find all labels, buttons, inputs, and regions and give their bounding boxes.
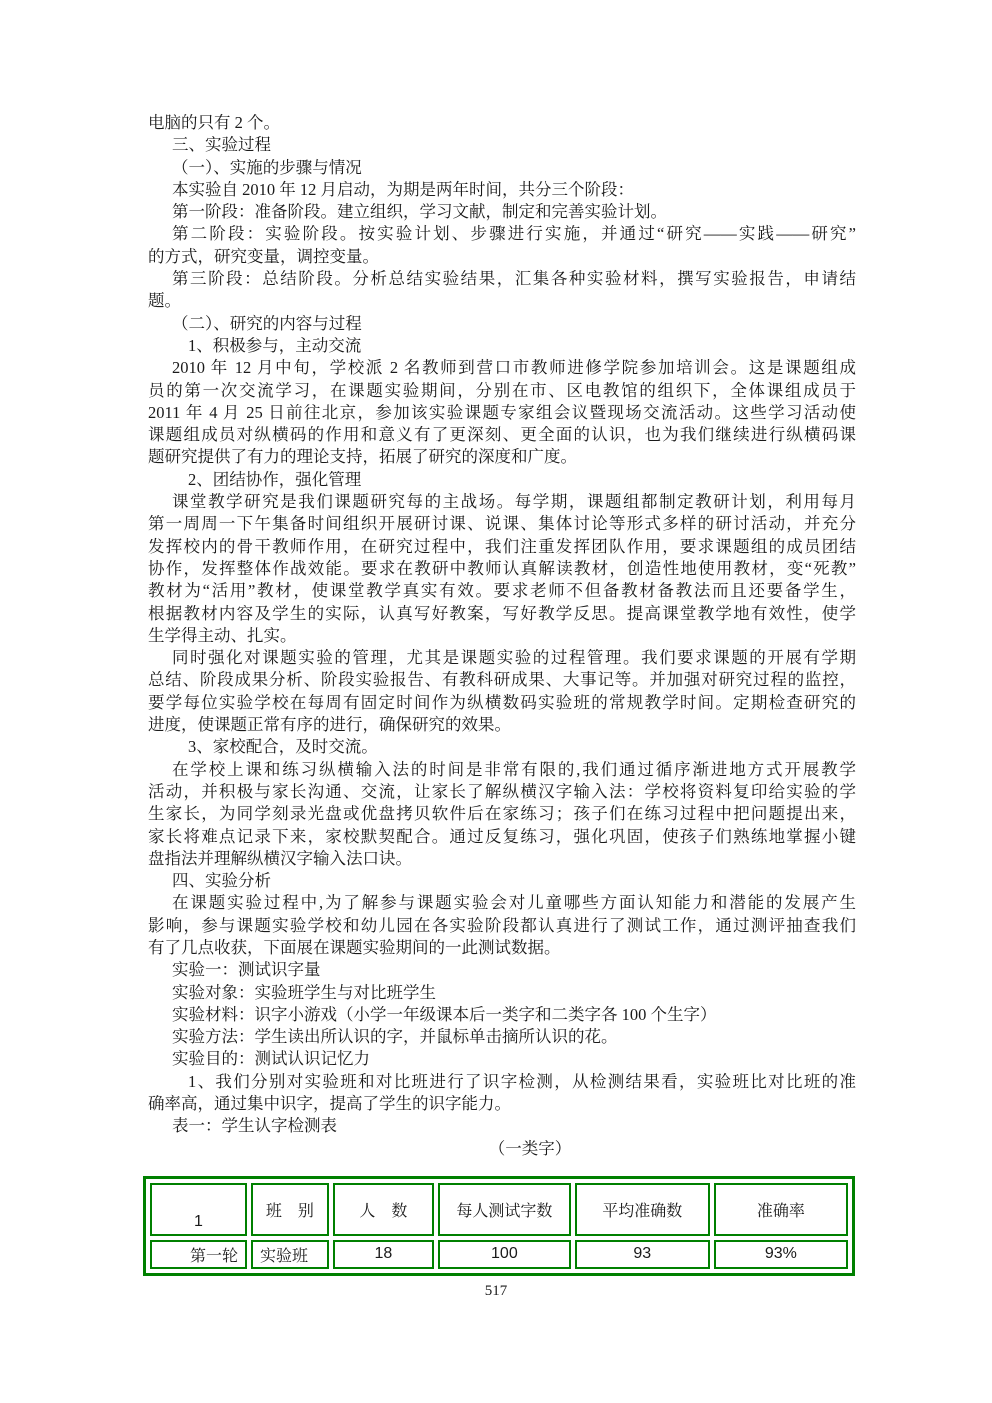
text-line: 电脑的只有 2 个。 xyxy=(148,112,856,134)
text-line: 根据教材内容及学生的实际，认真写好教案，写好教学反思。提高课堂教学地有效性，使学 xyxy=(148,603,856,625)
text-line: 总结、阶段成果分析、阶段实验报告、有教科研成果、大事记等。并加强对研究过程的监控… xyxy=(148,669,856,691)
text-line: 第一周周一下午集备时间组织开展研讨课、说课、集体讨论等形式多样的研讨活动，并充分 xyxy=(148,513,856,535)
text-line: 2、团结协作，强化管理 xyxy=(148,469,856,491)
text-line: 本实验自 2010 年 12 月启动，为期是两年时间，共分三个阶段： xyxy=(148,179,856,201)
table-row: 第一轮 实验班 18 100 93 93% xyxy=(150,1240,848,1269)
text-line: 题研究提供了有力的理论支持，拓展了研究的深度和广度。 xyxy=(148,446,856,468)
text-line: 有了几点收获，下面展在课题实验期间的一此测试数据。 xyxy=(148,937,856,959)
table-header-cell-words-per-person: 每人测试字数 xyxy=(438,1183,571,1236)
text-line: 题。 xyxy=(148,290,856,312)
text-line: 3、家校配合，及时交流。 xyxy=(148,736,856,758)
text-line: 教材为“活用”教材，使课堂教学真实有效。要求老师不但备教材备教法而且还要备学生， xyxy=(148,580,856,602)
text-line: （二）、研究的内容与过程 xyxy=(148,313,856,335)
table-header-cell-class: 班 别 xyxy=(251,1183,329,1236)
table-header-cell-index: 1 xyxy=(150,1183,247,1236)
text-line: 活动，并积极与家长沟通、交流，让家长了解纵横汉字输入法：学校将资料复印给实验的学 xyxy=(148,781,856,803)
text-line: 课堂教学研究是我们课题研究每的主战场。每学期，课题组都制定教研计划，利用每月 xyxy=(148,491,856,513)
text-line: 进度，使课题正常有序的进行，确保研究的效果。 xyxy=(148,714,856,736)
text-line: 1、积极参与，主动交流 xyxy=(148,335,856,357)
table-cell-words: 100 xyxy=(438,1240,571,1269)
document-page: 电脑的只有 2 个。三、实验过程（一）、实施的步骤与情况本实验自 2010 年 … xyxy=(148,112,856,1276)
text-line: 三、实验过程 xyxy=(148,134,856,156)
text-line: （一类字） xyxy=(148,1138,856,1160)
text-line: 确率高，通过集中识字，提高了学生的识字能力。 xyxy=(148,1093,856,1115)
table-cell-round: 第一轮 xyxy=(150,1240,247,1269)
table-cell-class: 实验班 xyxy=(251,1240,329,1269)
text-line: 四、实验分析 xyxy=(148,870,856,892)
text-line: 在学校上课和练习纵横输入法的时间是非常有限的,我们通过循序渐进地方式开展教学 xyxy=(148,759,856,781)
text-line: 2010 年 12 月中旬，学校派 2 名教师到营口市教师进修学院参加培训会。这… xyxy=(148,357,856,379)
recognition-test-table: 1 班 别 人 数 每人测试字数 平均准确数 准确率 第一轮 实验班 18 10… xyxy=(143,1176,855,1276)
text-line: 要学每位实验学校在每周有固定时间作为纵横数码实验班的常规教学时间。定期检查研究的 xyxy=(148,692,856,714)
table-header-cell-accuracy: 准确率 xyxy=(714,1183,848,1236)
text-line: （一）、实施的步骤与情况 xyxy=(148,157,856,179)
text-line: 第一阶段：准备阶段。建立组织，学习文献，制定和完善实验计划。 xyxy=(148,201,856,223)
text-line: 家长将难点记录下来，家校默契配合。通过反复练习，强化巩固，使孩子们熟练地掌握小键 xyxy=(148,826,856,848)
table-header-cell-avg-correct: 平均准确数 xyxy=(575,1183,710,1236)
table-cell-avg: 93 xyxy=(575,1240,710,1269)
text-line: 实验目的：测试认识记忆力 xyxy=(148,1048,856,1070)
table-cell-accuracy: 93% xyxy=(714,1240,848,1269)
document-body-lines: 电脑的只有 2 个。三、实验过程（一）、实施的步骤与情况本实验自 2010 年 … xyxy=(148,112,856,1160)
text-line: 生学得主动、扎实。 xyxy=(148,625,856,647)
text-line: 在课题实验过程中,为了解参与课题实验会对儿童哪些方面认知能力和潜能的发展产生 xyxy=(148,892,856,914)
page-number: 517 xyxy=(0,1283,992,1300)
table-header-cell-count: 人 数 xyxy=(333,1183,434,1236)
text-line: 第三阶段：总结阶段。分析总结实验结果，汇集各种实验材料，撰写实验报告，申请结 xyxy=(148,268,856,290)
text-line: 1、我们分别对实验班和对比班进行了识字检测，从检测结果看，实验班比对比班的准 xyxy=(148,1071,856,1093)
text-line: 实验材料：识字小游戏（小学一年级课本后一类字和二类字各 100 个生字） xyxy=(148,1004,856,1026)
text-line: 的方式，研究变量，调控变量。 xyxy=(148,246,856,268)
text-line: 生家长，为同学刻录光盘或优盘拷贝软件后在家练习；孩子们在练习过程中把问题提出来， xyxy=(148,803,856,825)
table-cell-count: 18 xyxy=(333,1240,434,1269)
table-header-row: 1 班 别 人 数 每人测试字数 平均准确数 准确率 xyxy=(150,1183,848,1236)
text-line: 课题组成员对纵横码的作用和意义有了更深刻、更全面的认识，也为我们继续进行纵横码课 xyxy=(148,424,856,446)
text-line: 实验对象：实验班学生与对比班学生 xyxy=(148,982,856,1004)
text-line: 发挥校内的骨干教师作用，在研究过程中，我们注重发挥团队作用，要求课题组的成员团结 xyxy=(148,536,856,558)
text-line: 实验方法：学生读出所认识的字，并鼠标单击摘所认识的花。 xyxy=(148,1026,856,1048)
text-line: 协作，发挥整体作战效能。要求在教研中教师认真解读教材，创造性地使用教材，变“死教… xyxy=(148,558,856,580)
text-line: 员的第一次交流学习，在课题实验期间，分别在市、区电教馆的组织下，全体课组成员于 xyxy=(148,380,856,402)
text-line: 同时强化对课题实验的管理，尤其是课题实验的过程管理。我们要求课题的开展有学期 xyxy=(148,647,856,669)
text-line: 盘指法并理解纵横汉字输入法口诀。 xyxy=(148,848,856,870)
text-line: 影响，参与课题实验学校和幼儿园在各实验阶段都认真进行了测试工作，通过测评抽查我们 xyxy=(148,915,856,937)
text-line: 2011 年 4 月 25 日前往北京，参加该实验课题专家组会议暨现场交流活动。… xyxy=(148,402,856,424)
text-line: 实验一：测试识字量 xyxy=(148,959,856,981)
text-line: 第二阶段：实验阶段。按实验计划、步骤进行实施，并通过“研究——实践——研究” xyxy=(148,223,856,245)
text-line: 表一：学生认字检测表 xyxy=(148,1115,856,1137)
